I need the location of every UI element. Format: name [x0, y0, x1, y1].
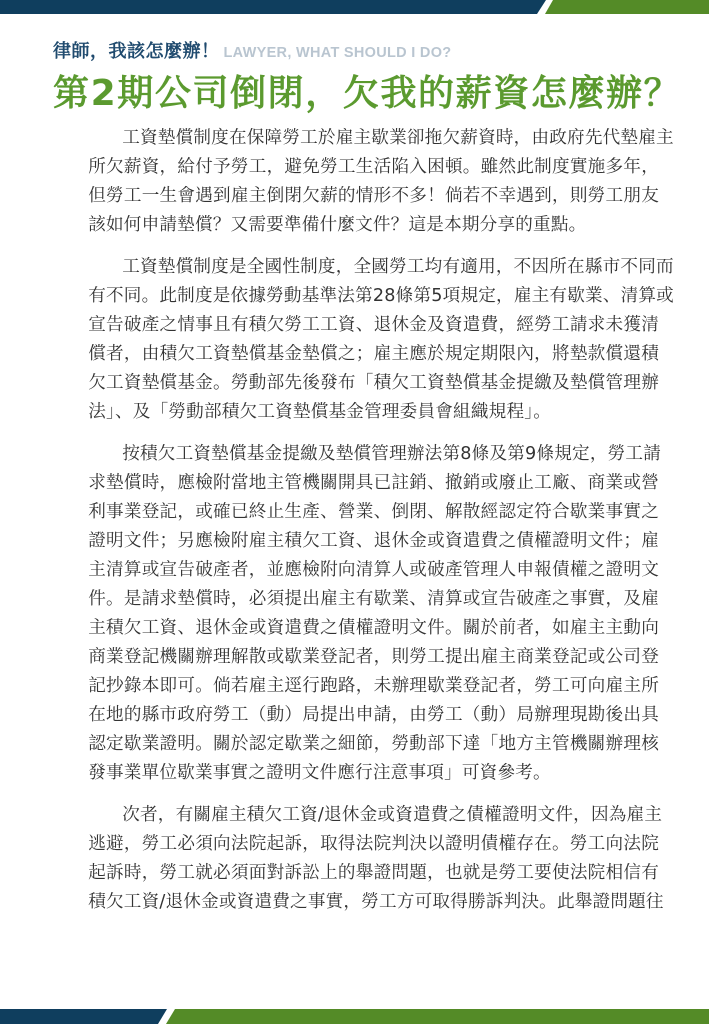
- text-line: 積欠工資/退休金或資遣費之事實，勞工方可取得勝訴判決。此舉證問題往: [53, 888, 659, 917]
- text-line: 主清算或宣告破產者，並應檢附向清算人或破產管理人申報債權之證明文: [53, 556, 659, 585]
- text-line: 逃避，勞工必須向法院起訴，取得法院判決以證明債權存在。勞工向法院: [53, 830, 659, 859]
- text-line: 記抄錄本即可。倘若雇主逕行跑路，未辦理歇業登記者，勞工可向雇主所: [53, 672, 659, 701]
- top-bar-navy-segment: [0, 0, 546, 14]
- text-line: 主積欠工資、退休金或資遣費之債權證明文件。關於前者，如雇主主動向: [53, 614, 659, 643]
- text-line: 證明文件；另應檢附雇主積欠工資、退休金或資遣費之債權證明文件；雇: [53, 527, 659, 556]
- text-line: 次者，有關雇主積欠工資/退休金或資遣費之債權證明文件，因為雇主: [53, 801, 659, 830]
- text-line: 但勞工一生會遇到雇主倒閉欠薪的情形不多！倘若不幸遇到，則勞工朋友: [53, 182, 659, 211]
- text-line: 認定歇業證明。關於認定歇業之細節，勞動部下達「地方主管機關辦理核: [53, 730, 659, 759]
- article-header: 律師，我該怎麼辦！LAWYER, WHAT SHOULD I DO? 第2期公司…: [53, 38, 673, 116]
- subtitle-chinese: 律師，我該怎麼辦！: [53, 41, 220, 62]
- paragraph-2: 工資墊償制度是全國性制度，全國勞工均有適用，不因所在縣市不同而 有不同。此制度是…: [53, 253, 659, 427]
- top-bar-green-segment: [545, 0, 709, 14]
- column-subtitle: 律師，我該怎麼辦！LAWYER, WHAT SHOULD I DO?: [53, 38, 673, 66]
- paragraph-4: 次者，有關雇主積欠工資/退休金或資遣費之債權證明文件，因為雇主 逃避，勞工必須向…: [53, 801, 659, 917]
- text-line: 有不同。此制度是依據勞動基準法第28條第5項規定，雇主有歇業、清算或: [53, 282, 659, 311]
- text-line: 欠工資墊償基金。勞動部先後發布「積欠工資墊償基金提繳及墊償管理辦: [53, 369, 659, 398]
- subtitle-english: LAWYER, WHAT SHOULD I DO?: [224, 45, 452, 61]
- text-line: 利事業登記，或確已終止生產、營業、倒閉、解散經認定符合歇業事實之: [53, 498, 659, 527]
- text-line: 在地的縣市政府勞工（動）局提出申請，由勞工（動）局辦理現勘後出具: [53, 701, 659, 730]
- text-line: 該如何申請墊償？又需要準備什麼文件？這是本期分享的重點。: [53, 211, 659, 240]
- paragraph-1: 工資墊償制度在保障勞工於雇主歇業卻拖欠薪資時，由政府先代墊雇主 所欠薪資，給付予…: [53, 124, 659, 240]
- text-line: 宣告破產之情事且有積欠勞工工資、退休金及資遣費，經勞工請求未獲清: [53, 311, 659, 340]
- text-line: 工資墊償制度在保障勞工於雇主歇業卻拖欠薪資時，由政府先代墊雇主: [53, 124, 659, 153]
- paragraph-3: 按積欠工資墊償基金提繳及墊償管理辦法第8條及第9條規定，勞工請 求墊償時，應檢附…: [53, 440, 659, 788]
- text-line: 商業登記機關辦理解散或歇業登記者，則勞工提出雇主商業登記或公司登: [53, 643, 659, 672]
- bottom-decorative-bar: [0, 1009, 709, 1024]
- article-title: 第2期公司倒閉，欠我的薪資怎麼辦？: [53, 72, 673, 116]
- text-line: 起訴時，勞工就必須面對訴訟上的舉證問題，也就是勞工要使法院相信有: [53, 859, 659, 888]
- text-line: 發事業單位歇業事實之證明文件應行注意事項」可資參考。: [53, 759, 659, 788]
- text-line: 按積欠工資墊償基金提繳及墊償管理辦法第8條及第9條規定，勞工請: [53, 440, 659, 469]
- bottom-bar-green-segment: [166, 1009, 709, 1024]
- text-line: 件。是請求墊償時，必須提出雇主有歇業、清算或宣告破產之事實，及雇: [53, 585, 659, 614]
- article-body: 工資墊償制度在保障勞工於雇主歇業卻拖欠薪資時，由政府先代墊雇主 所欠薪資，給付予…: [53, 124, 659, 930]
- text-line: 法」、及「勞動部積欠工資墊償基金管理委員會組織規程」。: [53, 398, 659, 427]
- text-line: 所欠薪資，給付予勞工，避免勞工生活陷入困頓。雖然此制度實施多年，: [53, 153, 659, 182]
- text-line: 償者，由積欠工資墊償基金墊償之；雇主應於規定期限內，將墊款償還積: [53, 340, 659, 369]
- text-line: 求墊償時，應檢附當地主管機關開具已註銷、撤銷或廢止工廠、商業或營: [53, 469, 659, 498]
- bottom-bar-navy-segment: [0, 1009, 167, 1024]
- top-decorative-bar: [0, 0, 709, 14]
- text-line: 工資墊償制度是全國性制度，全國勞工均有適用，不因所在縣市不同而: [53, 253, 659, 282]
